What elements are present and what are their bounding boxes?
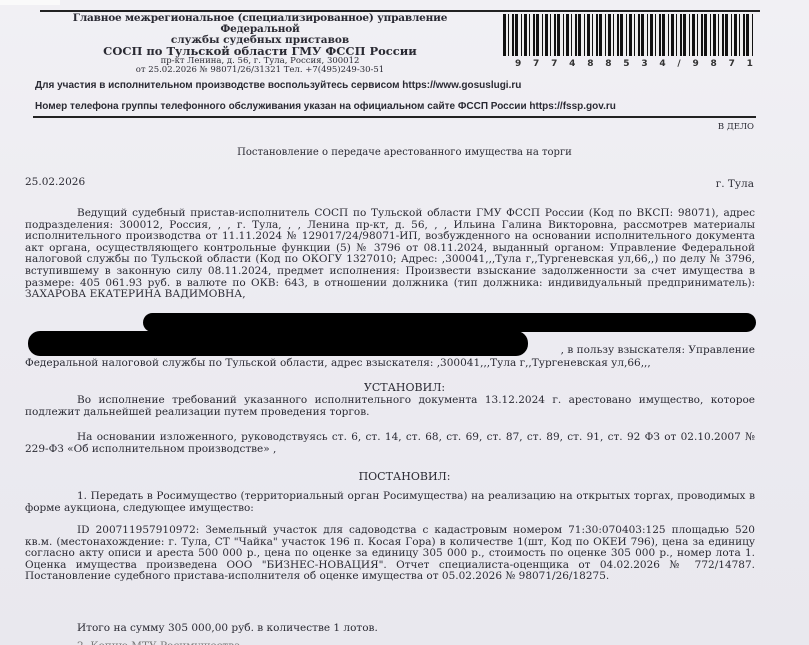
reference-number: от 25.02.2026 № 98071/26/31321 Тел. +7(4… — [40, 66, 480, 75]
barcode-digits: 9 7 7 4 8 8 5 3 4 / 9 8 7 1 — [515, 59, 753, 69]
filing-mark: В ДЕЛО — [718, 122, 754, 132]
barcode: 9 7 7 4 8 8 5 3 4 / 9 8 7 1 — [503, 14, 753, 60]
legal-basis-paragraph: На основании изложенного, руководствуясь… — [25, 432, 755, 455]
barcode-bars — [503, 14, 753, 56]
established-heading: УСТАНОВИЛ: — [0, 381, 809, 394]
resolved-heading: ПОСТАНОВИЛ: — [0, 470, 809, 483]
document-city: г. Тула — [716, 178, 754, 190]
property-description: ID 200711957910972: Земельный участок дл… — [25, 525, 755, 583]
creditor-address-line: Федеральной налоговой службы по Тульской… — [25, 358, 755, 370]
total-line: Итого на сумму 305 000,00 руб. в количес… — [25, 623, 755, 635]
header-rule-right — [480, 10, 760, 12]
redaction-bar — [28, 331, 528, 356]
redaction-bar — [143, 313, 756, 332]
letterhead: Главное межрегиональное (специализирован… — [40, 13, 480, 75]
gosuslugi-notice: Для участия в исполнительном производств… — [35, 80, 521, 91]
document-title: Постановление о передаче арестованного и… — [0, 147, 809, 158]
scanned-document: Главное межрегиональное (специализирован… — [0, 0, 809, 645]
established-paragraph: Во исполнение требований указанного испо… — [25, 395, 755, 418]
creditor-line: , в пользу взыскателя: Управление — [528, 345, 755, 357]
scan-edge — [0, 0, 60, 5]
cut-off-line: 2. Копию МТУ Росимущества ... — [25, 641, 755, 645]
resolution-item-1: 1. Передать в Росимущество (территориаль… — [25, 491, 755, 514]
phone-notice: Номер телефона группы телефонного обслуж… — [35, 101, 616, 112]
notice-rule — [33, 116, 756, 118]
intro-paragraph: Ведущий судебный пристав-исполнитель СОС… — [25, 208, 755, 301]
agency-line-1: Главное межрегиональное (специализирован… — [40, 13, 480, 35]
document-date: 25.02.2026 — [25, 176, 85, 188]
